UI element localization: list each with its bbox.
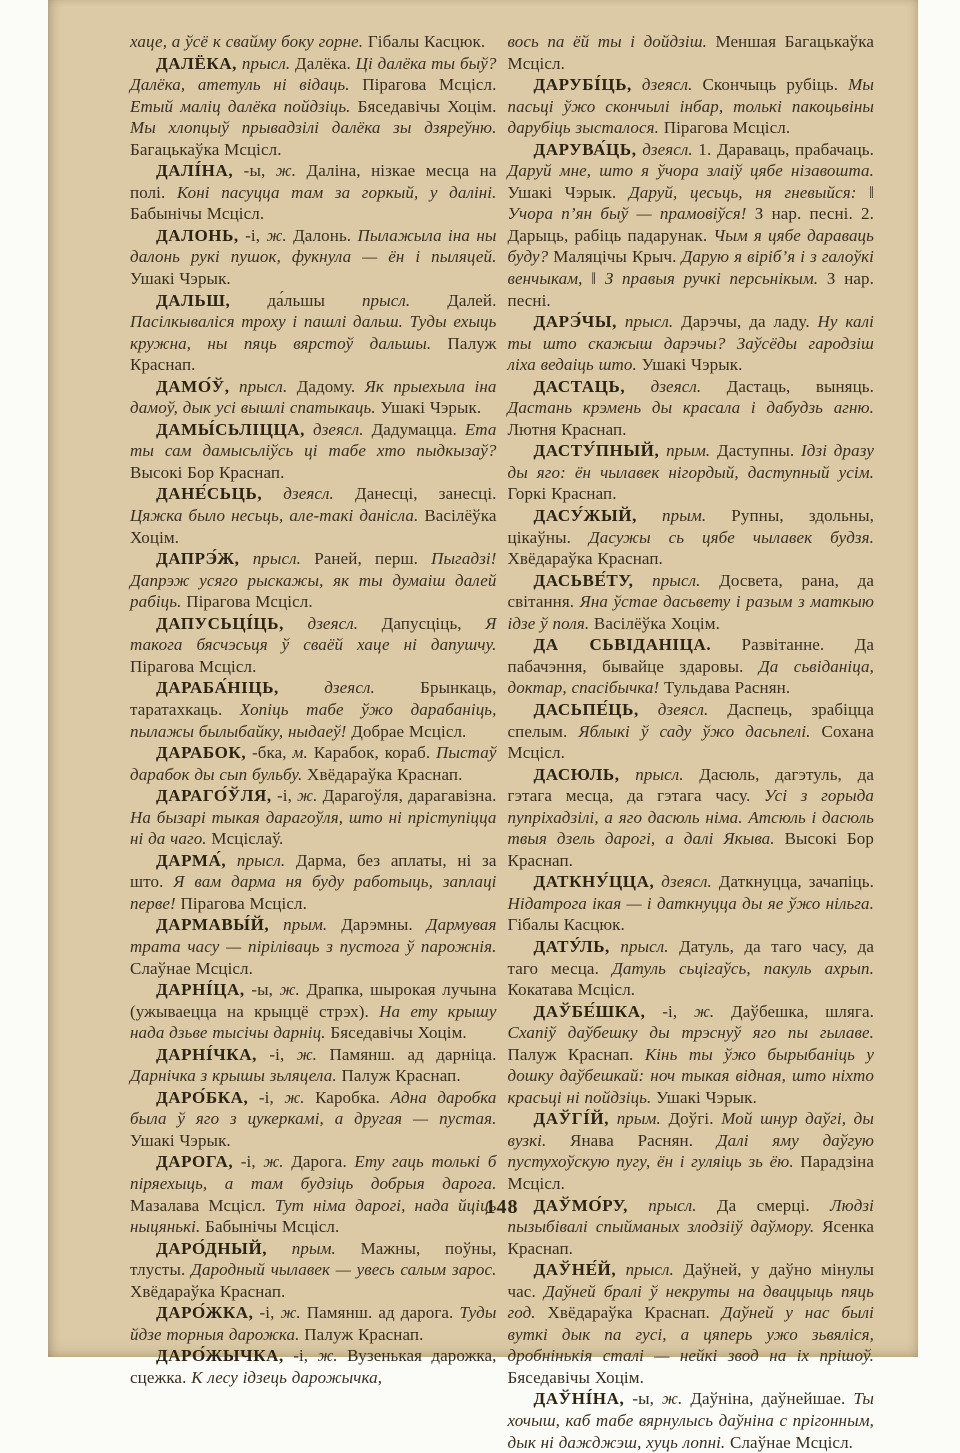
dictionary-entry: ДАРНІ́ЦА, -ы, ж. Драпка, шырокая лучына … — [130, 979, 497, 1044]
dictionary-entry: ДАНЕ́СЬЦЬ, дзеясл. Данесці, занесці. Цяж… — [130, 483, 497, 548]
dictionary-entry: ДАРМАВЫ́Й, прым. Дарэмны. Дармувая трата… — [130, 914, 497, 979]
definition-text: Бяседавічы Хоцім. — [351, 97, 497, 116]
headword: ДАЛОНЬ, — [156, 226, 239, 245]
definition-text: Памянш. ад дарога. — [301, 1303, 460, 1322]
definition-text: -і, — [254, 1303, 281, 1322]
definition-text: -ы, — [245, 980, 280, 999]
headword: ДАЛЬШ, — [156, 291, 230, 310]
definition-text: Пірагова Мсцісл. — [181, 592, 312, 611]
dictionary-entry: ДАМО́Ў, прысл. Дадому. Як прыехыла іна д… — [130, 376, 497, 419]
dictionary-entry: ДАРОГА, -і, ж. Дарога. Ету гаць толькі б… — [130, 1151, 497, 1237]
example-text: прысл. — [610, 937, 669, 956]
example-text: Мы хлопцыў прывадзілі далёка зы дзяреўню… — [130, 118, 497, 137]
dictionary-entry: ДАРО́ЖКА, -і, ж. Памянш. ад дарога. Туды… — [130, 1302, 497, 1345]
example-text: прысл. — [617, 312, 673, 331]
example-text: прым. — [659, 441, 710, 460]
example-text: дзеясл. — [279, 678, 375, 697]
example-text: м. — [293, 743, 308, 762]
dictionary-entry: ДАТКНУ́ЦЦА, дзеясл. Даткнуцца, зачапіць.… — [508, 871, 875, 936]
example-text: ж. — [694, 1002, 714, 1021]
headword: ДАЎБЕ́ШКА, — [534, 1002, 646, 1021]
example-text: прысл. — [237, 54, 290, 73]
definition-text: Даступны. — [710, 441, 801, 460]
example-text: дзеясл. — [625, 377, 701, 396]
headword: ДАРАБА́НІЦЬ, — [156, 678, 279, 697]
example-text: ж. — [280, 980, 300, 999]
example-text: прысл. — [230, 377, 288, 396]
definition-text: Бабынічы Мсцісл. — [200, 1217, 339, 1236]
definition-text: Скончыць рубіць. — [692, 75, 848, 94]
example-text: дзеясл. — [305, 420, 364, 439]
headword: ДАТКНУ́ЦЦА, — [534, 872, 655, 891]
definition-text: Памянш. ад дарніца. — [317, 1045, 496, 1064]
definition-text: -і, — [284, 1346, 318, 1357]
example-text: хаце, а ўсё к свайму боку горне. — [130, 32, 363, 51]
headword: ДАЎГІ́Й, — [534, 1109, 610, 1128]
definition-text: -бка, — [246, 743, 292, 762]
dictionary-entry: ДАМЫ́СЬЛІЦЦА, дзеясл. Дадумацца. Ета ты … — [130, 419, 497, 484]
definition-text: Гібалы Касцюк. — [363, 32, 485, 51]
definition-text: Кокатава Мсцісл. — [508, 980, 636, 999]
definition-text: Маляцічы Крыч. — [548, 247, 681, 266]
example-text: Даруй мне, што я ўчора злаіў цябе нізаво… — [508, 161, 875, 180]
example-text: Нідатрога ікая — і даткнуцца ды яе ўжо н… — [508, 894, 875, 913]
dictionary-entry: ДАПРЭ́Ж, прысл. Раней, перш. Пыгадзі! Да… — [130, 548, 497, 613]
headword: ДАСУ́ЖЫЙ, — [534, 506, 637, 525]
dictionary-entry: ДАСЬПЕ́ЦЬ, дзеясл. Даспець, зрабіцца спе… — [508, 699, 875, 764]
headword: ДАРО́БКА, — [156, 1088, 248, 1107]
headword: ДАСЮЛЬ, — [534, 765, 620, 784]
example-text: ж. — [263, 1152, 283, 1171]
dictionary-entry: ДАРО́ДНЫЙ, прым. Мажны, поўны, тлусты. Д… — [130, 1238, 497, 1303]
example-text: прысл. — [362, 291, 410, 310]
definition-text: Дарога. — [284, 1152, 355, 1171]
dictionary-entry: ДАСЮЛЬ, прысл. Дасюль, дагэтуль, да гэта… — [508, 764, 875, 872]
dictionary-entry: ДАРАБОК, -бка, м. Карабок, кораб. Пыстаў… — [130, 742, 497, 785]
headword: ДАНЕ́СЬЦЬ, — [156, 484, 262, 503]
example-text: прым. — [609, 1109, 661, 1128]
definition-text: 1. Дараваць, прабачаць. — [693, 140, 874, 159]
example-text: Цяжка было несьць, але-такі данісла. — [130, 506, 418, 525]
example-text: ж. — [297, 786, 317, 805]
definition-text: Пірагова Мсцісл. — [176, 894, 307, 913]
definition-text: Ушакі Чэрык. — [637, 355, 743, 374]
definition-text: Дадумацца. — [364, 420, 465, 439]
definition-text: Васілёўка Хоцім. — [589, 614, 720, 633]
example-text: вось па ёй ты і дойдзіш. — [508, 32, 708, 51]
example-text: дзеясл. — [284, 614, 358, 633]
headword: ДАЎНЕ́Й, — [534, 1260, 617, 1279]
example-text: дзеясл. — [637, 140, 693, 159]
dictionary-entry: ДАЎНЕ́Й, прысл. Даўней, у даўно мінулы ч… — [508, 1259, 875, 1357]
example-text: ж. — [266, 226, 286, 245]
definition-text: -і, — [257, 1045, 297, 1064]
headword: ДАРОГА, — [156, 1152, 233, 1171]
definition-text: Ушакі Чэрык. — [376, 398, 482, 417]
example-text: Дарнічка з крышы зьляцела. — [130, 1066, 337, 1085]
dictionary-entry: ДАРУБІ́ЦЬ, дзеясл. Скончыць рубіць. Мы п… — [508, 74, 875, 139]
dictionary-entry: ДАЛОНЬ, -і, ж. Далонь. Пылажыла іна ны д… — [130, 225, 497, 290]
dictionary-entry: ДАРАГО́ЎЛЯ, -і, ж. Дарагоўля, дарагавізн… — [130, 785, 497, 850]
example-text: ж. — [276, 161, 296, 180]
dictionary-entry: ДАСЬВЕ́ТУ, прысл. Досвета, рана, да світ… — [508, 570, 875, 635]
definition-text: Слаўнае Мсцісл. — [130, 959, 253, 978]
definition-text: Пірагова Мсцісл. — [659, 118, 790, 137]
entry-continuation: хаце, а ўсё к свайму боку горне. Гібалы … — [130, 31, 497, 53]
dictionary-entry: ДАЛІ́НА, -ы, ж. Даліна, нізкае месца на … — [130, 160, 497, 225]
definition-text: да́льшы — [230, 291, 362, 310]
headword: ДАСТУ́ПНЫЙ, — [534, 441, 660, 460]
definition-text: Далей. — [410, 291, 496, 310]
example-text: Етый маліц далёка пойдзіць. — [130, 97, 351, 116]
dictionary-entry: ДАТУ́ЛЬ, прысл. Датуль, да таго часу, да… — [508, 936, 875, 1001]
dictionary-entry: ДАЛЬШ, да́льшы прысл. Далей. Пасілкывалі… — [130, 290, 497, 376]
dictionary-entry: ДАЛЁКА, прысл. Далёка. Ці далёка ты быў?… — [130, 53, 497, 161]
page-number: 148 — [130, 1196, 874, 1219]
definition-text: Каробка. — [305, 1088, 391, 1107]
headword: ДАРЭ́ЧЫ, — [534, 312, 618, 331]
example-text: Дастань крэмень ды красала і дабудзь агн… — [508, 398, 875, 417]
definition-text: Пірагова Мсцісл. — [130, 657, 256, 676]
headword: ДАРАБОК, — [156, 743, 246, 762]
definition-text: Хвёдараўка Краснап. — [536, 1303, 722, 1322]
example-text: прым. — [267, 1239, 336, 1258]
example-text: На бызарі тыкая дарагоўля, што ні прісту… — [130, 808, 497, 849]
definition-text: Ушакі Чэрык. — [651, 1088, 757, 1107]
headword: ДАРНІ́ЧКА, — [156, 1045, 257, 1064]
dictionary-entry: ДАРУВА́ЦЬ, дзеясл. 1. Дараваць, прабачац… — [508, 139, 875, 311]
definition-text: Хвёдараўка Краснап. — [508, 549, 663, 568]
example-text: Дародный чылавек — увесь салым зарос. — [191, 1260, 496, 1279]
dictionary-entry: ДАЎБЕ́ШКА, -і, ж. Даўбешка, шляга. Схапі… — [508, 1001, 875, 1109]
example-text: Коні пасуцца там за горкый, у даліні. — [177, 183, 497, 202]
definition-text: -і, — [248, 1088, 284, 1107]
left-column: хаце, а ўсё к свайму боку горне. Гібалы … — [130, 31, 497, 1357]
definition-text: Бяседавічы Хоцім. — [326, 1023, 467, 1042]
definition-text: Янава Раснян. — [546, 1131, 716, 1150]
definition-text: Бабынічы Мсцісл. — [130, 204, 264, 223]
example-text: прысл. — [616, 1260, 674, 1279]
dictionary-entry: ДАРНІ́ЧКА, -і, ж. Памянш. ад дарніца. Да… — [130, 1044, 497, 1087]
headword: ДАРУВА́ЦЬ, — [534, 140, 637, 159]
headword: ДАПРЭ́Ж, — [156, 549, 240, 568]
definition-text: Дарагоўля, дарагавізна. — [317, 786, 496, 805]
dictionary-entry: ДАРАБА́НІЦЬ, дзеясл. Брынкаць, таратахка… — [130, 677, 497, 742]
headword: ДАРУБІ́ЦЬ, — [534, 75, 632, 94]
dictionary-text-block: хаце, а ўсё к свайму боку горне. Гібалы … — [130, 31, 874, 1357]
definition-text: Даткнуцца, зачапіць. — [712, 872, 874, 891]
headword: ДАЛЁКА, — [156, 54, 237, 73]
dictionary-entry: ДАЎГІ́Й, прым. Доўгі. Мой шнур даўгі, ды… — [508, 1108, 875, 1194]
definition-text: Мсціслаў. — [207, 829, 284, 848]
dictionary-entry: ДАРО́ЖЫЧКА, -і, ж. Вузенькая дарожка, сц… — [130, 1345, 497, 1357]
dictionary-entry: ДАРЭ́ЧЫ, прысл. Дарэчы, да ладу. Ну калі… — [508, 311, 875, 376]
definition-text: Даўбешка, шляга. — [714, 1002, 874, 1021]
example-text: Яблыкі ў саду ўжо дасьпелі. — [578, 722, 810, 741]
example-text: дзеясл. — [632, 75, 693, 94]
example-text: ж. — [317, 1346, 337, 1357]
definition-text: Пірагова Мсцісл. — [350, 75, 497, 94]
definition-text: Раней, перш. — [301, 549, 431, 568]
headword: ДАСЬВЕ́ТУ, — [534, 571, 634, 590]
headword: ДАРНІ́ЦА, — [156, 980, 245, 999]
example-text: дзеясл. — [654, 872, 712, 891]
definition-text: Высокі Бор Краснап. — [130, 463, 284, 482]
headword: ДАТУ́ЛЬ, — [534, 937, 610, 956]
definition-text: Палуж Краснап. — [299, 1325, 423, 1344]
definition-text: Лютня Краснап. — [508, 420, 627, 439]
headword: ДАМЫ́СЬЛІЦЦА, — [156, 420, 305, 439]
definition-text: Хвёдараўка Краснап. — [302, 765, 462, 784]
example-text: Датуль сьцігаўсь, пакуль ахрып. — [612, 959, 874, 978]
definition-text: Ушакі Чэрык. — [508, 183, 629, 202]
headword: ДАМО́Ў, — [156, 377, 230, 396]
definition-text: -і, — [239, 226, 267, 245]
definition-text: -і, — [272, 786, 297, 805]
definition-text: Ушакі Чэрык. — [130, 1131, 231, 1150]
definition-text: Дапусціць, — [358, 614, 485, 633]
example-text: ж. — [297, 1045, 317, 1064]
dictionary-entry: ДАПУСЬЦІ́ЦЬ, дзеясл. Дапусціць, Я такога… — [130, 613, 497, 678]
dictionary-entry: ДА СЬВІДАНІЦА. Развітанне. Да пабачэння,… — [508, 634, 875, 699]
dictionary-entry: ДАСУ́ЖЫЙ, прым. Рупны, здольны, цікаўны.… — [508, 505, 875, 570]
definition-text: Дадому. — [287, 377, 364, 396]
example-text: ж. — [281, 1303, 301, 1322]
dictionary-entry: ДАРМА́, прысл. Дарма, без аплаты, ні за … — [130, 850, 497, 915]
definition-text: Далёка. — [290, 54, 355, 73]
definition-text: Карабок, кораб. — [308, 743, 436, 762]
example-text: ж. — [284, 1088, 304, 1107]
headword: ДАРАГО́ЎЛЯ, — [156, 786, 272, 805]
headword: ДАСЬПЕ́ЦЬ, — [534, 700, 639, 719]
headword: ДАРО́ЖЫЧКА, — [156, 1346, 284, 1357]
headword: ДАЛІ́НА, — [156, 161, 233, 180]
headword: ДАРО́ДНЫЙ, — [156, 1239, 267, 1258]
definition-text: Дарэмны. — [327, 915, 426, 934]
definition-text: Данесці, занесці. — [334, 484, 497, 503]
example-text: дзеясл. — [262, 484, 334, 503]
right-column: вось па ёй ты і дойдзіш. Меншая Багацька… — [508, 31, 875, 1357]
headword: ДАРО́ЖКА, — [156, 1303, 254, 1322]
headword: ДАПУСЬЦІ́ЦЬ, — [156, 614, 284, 633]
dictionary-entry: ДАРО́БКА, -і, ж. Каробка. Адна даробка б… — [130, 1087, 497, 1152]
definition-text: Далонь. — [287, 226, 358, 245]
definition-text: Дарэчы, да ладу. — [673, 312, 817, 331]
headword: ДА СЬВІДАНІЦА. — [534, 635, 712, 654]
headword: ДАРМА́, — [156, 851, 226, 870]
definition-text: Доўгі. — [661, 1109, 721, 1128]
definition-text: -і, — [645, 1002, 694, 1021]
definition-text: -ы, — [233, 161, 276, 180]
definition-text: Гібалы Касцюк. — [508, 915, 625, 934]
example-text: прысл. — [620, 765, 684, 784]
dictionary-entry: ДАСТУ́ПНЫЙ, прым. Даступны. Ідзі дразу д… — [508, 440, 875, 505]
definition-text: Хвёдараўка Краснап. — [130, 1282, 285, 1301]
definition-text: Палуж Краснап. — [337, 1066, 461, 1085]
example-text: прысл. — [240, 549, 302, 568]
definition-text: Дастаць, выняць. — [701, 377, 874, 396]
definition-text: Тульдава Раснян. — [659, 678, 790, 697]
entry-continuation: вось па ёй ты і дойдзіш. Меншая Багацька… — [508, 31, 875, 74]
example-text: прысл. — [634, 571, 701, 590]
definition-text: Палуж Краснап. — [508, 1045, 645, 1064]
example-text: Дасужы сь цябе чылавек будзя. — [589, 528, 874, 547]
headword: ДАРМАВЫ́Й, — [156, 915, 269, 934]
headword: ДАСТАЦЬ, — [534, 377, 626, 396]
example-text: прым. — [637, 506, 706, 525]
dictionary-entry: ДАСТАЦЬ, дзеясл. Дастаць, выняць. Дастан… — [508, 376, 875, 441]
definition-text: Ушакі Чэрык. — [130, 269, 231, 288]
definition-text: Добрае Мсцісл. — [347, 722, 467, 741]
example-text: Схапіў даўбешку ды трэснуў яго пы гылаве… — [508, 1023, 875, 1042]
definition-text: Багацькаўка Мсцісл. — [130, 140, 282, 159]
definition-text: -і, — [233, 1152, 263, 1171]
example-text: прым. — [269, 915, 327, 934]
example-text: дзеясл. — [639, 700, 708, 719]
definition-text: Горкі Краснап. — [508, 484, 617, 503]
example-text: прысл. — [226, 851, 285, 870]
